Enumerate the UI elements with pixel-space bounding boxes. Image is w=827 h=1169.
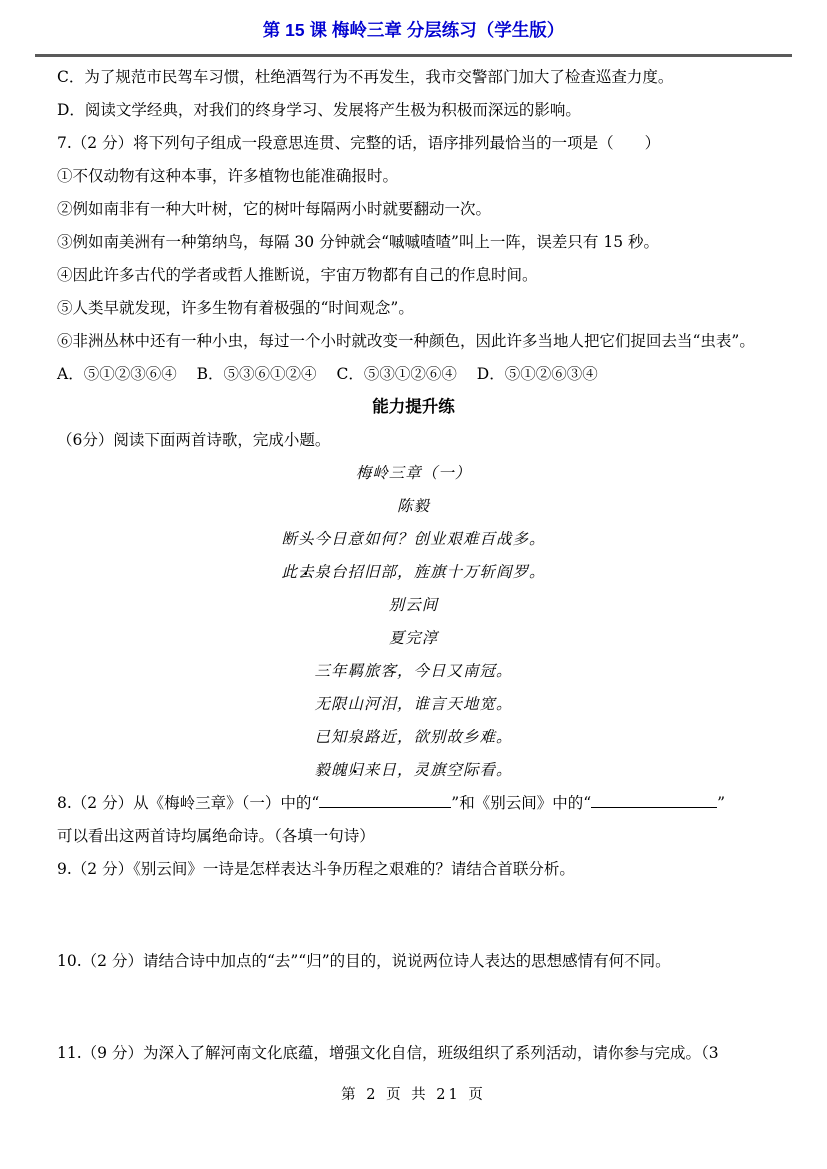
question-9-stem: 9.（2 分）《别云间》一诗是怎样表达斗争历程之艰难的？请结合首联分析。 [57, 853, 770, 886]
emphasized-char-gui: 归 [347, 761, 364, 779]
question-7-stem: 7.（2 分）将下列句子组成一段意思连贯、完整的话，语序排列最恰当的一项是（ ） [57, 127, 770, 160]
poem2-line-4: 毅魄归来日，灵旗空际看。 [57, 754, 770, 787]
document-page: 第 15 课 梅岭三章 分层练习（学生版） C．为了规范市民驾车习惯，杜绝酒驾行… [0, 0, 827, 1169]
section-heading: 能力提升练 [57, 391, 770, 424]
q7-sentence-6: ⑥非洲丛林中还有一种小虫，每过一个小时就改变一种颜色，因此许多当地人把它们捉回去… [57, 325, 770, 358]
q7-sentence-2: ②例如南非有一种大叶树，它的树叶每隔两小时就要翻动一次。 [57, 193, 770, 226]
question-11-stem: 11.（9 分）为深入了解河南文化底蕴，增强文化自信，班级组织了系列活动，请你参… [57, 1037, 770, 1070]
question-8-continuation: 可以看出这两首诗均属绝命诗。（各填一句诗） [57, 820, 770, 853]
poem2-title: 别云间 [57, 589, 770, 622]
q7-option-d: D．⑤①②⑥③④ [477, 365, 598, 383]
emphasized-char-qu: 去 [298, 563, 315, 581]
q7-sentence-4: ④因此许多古代的学者或哲人推断说，宇宙万物都有自己的作息时间。 [57, 259, 770, 292]
poem1-line-1: 断头今日意如何？创业艰难百战多。 [57, 523, 770, 556]
poem1-line2-post: 泉台招旧部，旌旗十万斩阎罗。 [315, 563, 546, 581]
answer-blank-1[interactable] [319, 792, 451, 808]
poem-meiling-sanzhang: 梅岭三章（一） 陈毅 断头今日意如何？创业艰难百战多。 此去泉台招旧部，旌旗十万… [57, 457, 770, 589]
poem2-line4-post: 来日，灵旗空际看。 [364, 761, 513, 779]
question-10-stem: 10.（2 分）请结合诗中加点的“去”“归”的目的，说说两位诗人表达的思想感情有… [57, 945, 770, 978]
page-number: 第 2 页 共 21 页 [0, 1079, 827, 1112]
choice-c-line: C．为了规范市民驾车习惯，杜绝酒驾行为不再发生，我市交警部门加大了检查巡查力度。 [57, 61, 770, 94]
poem1-line2-pre: 此 [281, 563, 298, 581]
q8-text-3: ” [717, 794, 725, 812]
q7-sentence-5: ⑤人类早就发现，许多生物有着极强的“时间观念”。 [57, 292, 770, 325]
answer-blank-2[interactable] [591, 792, 717, 808]
q7-sentence-3: ③例如南美洲有一种第纳鸟，每隔 30 分钟就会“嘁嘁喳喳”叫上一阵，误差只有 1… [57, 226, 770, 259]
q8-text-1: 8.（2 分）从《梅岭三章》（一）中的“ [57, 794, 319, 812]
document-body: C．为了规范市民驾车习惯，杜绝酒驾行为不再发生，我市交警部门加大了检查巡查力度。… [0, 61, 827, 1070]
q8-text-2: ”和《别云间》中的“ [451, 794, 591, 812]
q7-options: A．⑤①②③⑥④ B．⑤③⑥①②④ C．⑤③①②⑥④ D．⑤①②⑥③④ [57, 358, 770, 391]
q7-option-c: C．⑤③①②⑥④ [336, 365, 456, 383]
choice-d-line: D．阅读文学经典，对我们的终身学习、发展将产生极为积极而深远的影响。 [57, 94, 770, 127]
header-divider [35, 54, 792, 57]
poem2-line-3: 已知泉路近，欲别故乡难。 [57, 721, 770, 754]
question-8-stem: 8.（2 分）从《梅岭三章》（一）中的“”和《别云间》中的“” [57, 787, 770, 820]
q7-option-b: B．⑤③⑥①②④ [197, 365, 317, 383]
poem2-author: 夏完淳 [57, 622, 770, 655]
poem2-line-2: 无限山河泪，谁言天地宽。 [57, 688, 770, 721]
poem2-line4-pre: 毅魄 [314, 761, 347, 779]
section-intro: （6分）阅读下面两首诗歌，完成小题。 [57, 424, 770, 457]
poem1-title: 梅岭三章（一） [57, 457, 770, 490]
page-title: 第 15 课 梅岭三章 分层练习（学生版） [0, 18, 827, 42]
poem2-line-1: 三年羁旅客，今日又南冠。 [57, 655, 770, 688]
q7-option-a: A．⑤①②③⑥④ [57, 365, 177, 383]
q7-sentence-1: ①不仅动物有这种本事，许多植物也能准确报时。 [57, 160, 770, 193]
poem1-author: 陈毅 [57, 490, 770, 523]
poem-bieyunjian: 别云间 夏完淳 三年羁旅客，今日又南冠。 无限山河泪，谁言天地宽。 已知泉路近，… [57, 589, 770, 787]
poem1-line-2: 此去泉台招旧部，旌旗十万斩阎罗。 [57, 556, 770, 589]
